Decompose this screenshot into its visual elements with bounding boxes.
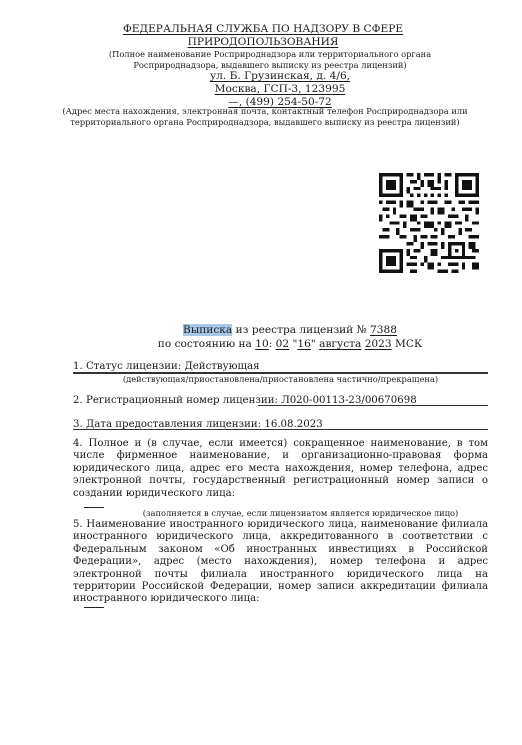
org-address: ул. Б. Грузинская, д. 4/6, Москва, ГСП-3… [150,70,410,109]
license-extract-page: ФЕДЕРАЛЬНАЯ СЛУЖБА ПО НАДЗОРУ В СФЕРЕ ПР… [0,0,522,745]
org-note: (Полное наименование Росприроднадзора ил… [70,49,470,71]
status-value: Действующая [184,361,259,372]
section-5-text: 5. Наименование иностранного юридическог… [73,519,488,606]
reg-label: 2. Регистрационный номер лицензии: [73,395,281,406]
as-of-prefix: по состоянию на [158,338,255,350]
extract-title-line: Выписка из реестра лицензий № 7388 [80,323,500,337]
date-underline [73,429,488,430]
status-note: (действующая/приостановлена/приостановле… [73,374,488,384]
section-4-text: 4. Полное и (в случае, если имеется) сок… [73,438,488,500]
org-title: ФЕДЕРАЛЬНАЯ СЛУЖБА ПО НАДЗОРУ В СФЕРЕ ПР… [100,23,426,49]
extract-title-text: из реестра лицензий № [232,324,370,336]
as-of-tz: МСК [395,338,422,350]
extract-number: 7388 [370,324,397,336]
extract-as-of-line: по состоянию на 10: 02 "16" августа 2023… [80,337,500,351]
reg-underline [258,405,488,406]
section-4-note: (заполняется в случае, если лицензиатом … [73,508,488,518]
as-of-day: 16 [297,338,310,350]
as-of-year: 2023 [365,338,392,350]
highlighted-word: Выписка [183,324,232,336]
section-5-blank [84,607,104,608]
address-line-city: Москва, ГСП-3, 123995 [150,83,410,96]
address-line-street: ул. Б. Грузинская, д. 4/6, [150,70,410,83]
as-of-hour: 10 [255,338,268,350]
extract-title: Выписка из реестра лицензий № 7388 по со… [80,323,500,351]
qr-code-icon [376,173,482,273]
as-of-month: августа [319,338,361,350]
as-of-minute: 02 [276,338,289,350]
address-note: (Адрес места нахождения, электронная поч… [30,106,500,128]
status-label: 1. Статус лицензии: [73,361,184,372]
